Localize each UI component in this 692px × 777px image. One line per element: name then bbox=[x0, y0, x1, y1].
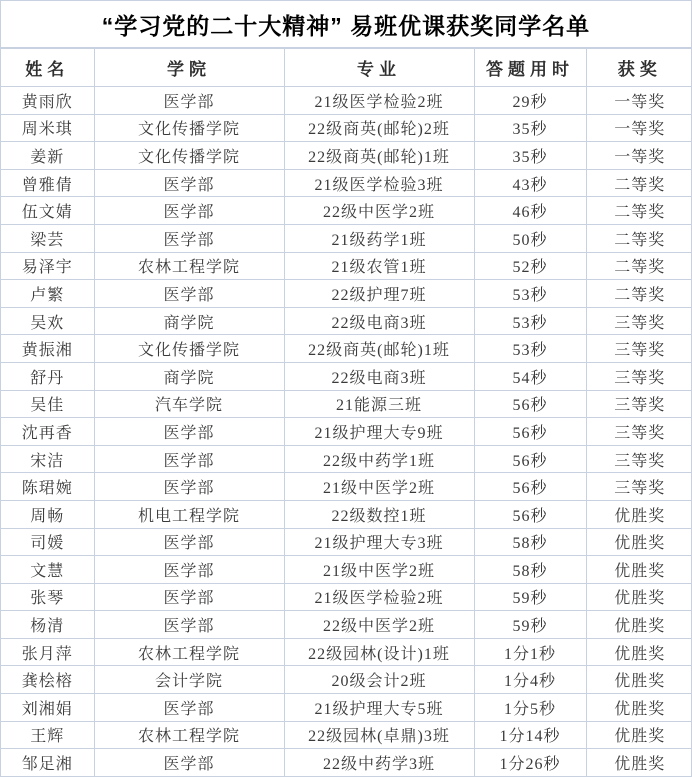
cell-time: 53秒 bbox=[474, 307, 586, 335]
cell-major: 21级医学检验2班 bbox=[284, 87, 474, 115]
cell-award: 优胜奖 bbox=[586, 638, 692, 666]
cell-time: 50秒 bbox=[474, 224, 586, 252]
cell-name: 吴欢 bbox=[1, 307, 94, 335]
header-cell-name: 姓名 bbox=[1, 49, 94, 87]
cell-name: 卢繁 bbox=[1, 280, 94, 308]
cell-time: 56秒 bbox=[474, 418, 586, 446]
cell-award: 优胜奖 bbox=[586, 611, 692, 639]
cell-college: 医学部 bbox=[94, 473, 284, 501]
table-row: 周畅机电工程学院22级数控1班56秒优胜奖 bbox=[1, 500, 692, 528]
table-row: 周米琪文化传播学院22级商英(邮轮)2班35秒一等奖 bbox=[1, 114, 692, 142]
cell-time: 53秒 bbox=[474, 335, 586, 363]
cell-time: 52秒 bbox=[474, 252, 586, 280]
cell-name: 沈再香 bbox=[1, 418, 94, 446]
cell-time: 29秒 bbox=[474, 87, 586, 115]
cell-name: 周米琪 bbox=[1, 114, 94, 142]
cell-name: 张琴 bbox=[1, 583, 94, 611]
cell-name: 曾雅倩 bbox=[1, 169, 94, 197]
cell-name: 陈珺婉 bbox=[1, 473, 94, 501]
cell-time: 59秒 bbox=[474, 583, 586, 611]
cell-major: 22级商英(邮轮)1班 bbox=[284, 142, 474, 170]
cell-college: 医学部 bbox=[94, 418, 284, 446]
cell-major: 22级园林(卓鼎)3班 bbox=[284, 721, 474, 749]
table-row: 易泽宇农林工程学院21级农管1班52秒二等奖 bbox=[1, 252, 692, 280]
cell-major: 22级电商3班 bbox=[284, 362, 474, 390]
table-row: 杨清医学部22级中医学2班59秒优胜奖 bbox=[1, 611, 692, 639]
cell-name: 黄雨欣 bbox=[1, 87, 94, 115]
cell-award: 一等奖 bbox=[586, 87, 692, 115]
cell-major: 21级护理大专9班 bbox=[284, 418, 474, 446]
cell-award: 优胜奖 bbox=[586, 528, 692, 556]
cell-time: 1分4秒 bbox=[474, 666, 586, 694]
table-row: 邹足湘医学部22级中药学3班1分26秒优胜奖 bbox=[1, 749, 692, 776]
cell-award: 优胜奖 bbox=[586, 556, 692, 584]
cell-time: 56秒 bbox=[474, 390, 586, 418]
cell-time: 1分26秒 bbox=[474, 749, 586, 776]
header-cell-award: 获奖 bbox=[586, 49, 692, 87]
award-list-sheet: “学习党的二十大精神” 易班优课获奖同学名单 姓名 学院 专业 答题用时 获奖 … bbox=[0, 0, 692, 777]
table-row: 梁芸医学部21级药学1班50秒二等奖 bbox=[1, 224, 692, 252]
cell-major: 22级电商3班 bbox=[284, 307, 474, 335]
cell-award: 优胜奖 bbox=[586, 666, 692, 694]
cell-college: 商学院 bbox=[94, 362, 284, 390]
cell-award: 一等奖 bbox=[586, 142, 692, 170]
cell-college: 文化传播学院 bbox=[94, 335, 284, 363]
table-body: 黄雨欣医学部21级医学检验2班29秒一等奖周米琪文化传播学院22级商英(邮轮)2… bbox=[1, 87, 692, 777]
cell-name: 吴佳 bbox=[1, 390, 94, 418]
cell-major: 22级中医学2班 bbox=[284, 611, 474, 639]
title-bar: “学习党的二十大精神” 易班优课获奖同学名单 bbox=[1, 1, 691, 48]
table-row: 伍文婧医学部22级中医学2班46秒二等奖 bbox=[1, 197, 692, 225]
table-row: 吴佳汽车学院21能源三班56秒三等奖 bbox=[1, 390, 692, 418]
cell-college: 医学部 bbox=[94, 197, 284, 225]
cell-award: 三等奖 bbox=[586, 473, 692, 501]
cell-major: 21级农管1班 bbox=[284, 252, 474, 280]
cell-college: 医学部 bbox=[94, 583, 284, 611]
cell-time: 59秒 bbox=[474, 611, 586, 639]
cell-college: 农林工程学院 bbox=[94, 721, 284, 749]
cell-name: 黄振湘 bbox=[1, 335, 94, 363]
cell-major: 20级会计2班 bbox=[284, 666, 474, 694]
cell-time: 56秒 bbox=[474, 500, 586, 528]
table-row: 张琴医学部21级医学检验2班59秒优胜奖 bbox=[1, 583, 692, 611]
cell-college: 医学部 bbox=[94, 87, 284, 115]
table-row: 曾雅倩医学部21级医学检验3班43秒二等奖 bbox=[1, 169, 692, 197]
cell-major: 22级商英(邮轮)2班 bbox=[284, 114, 474, 142]
table-row: 姜新文化传播学院22级商英(邮轮)1班35秒一等奖 bbox=[1, 142, 692, 170]
table-row: 宋洁医学部22级中药学1班56秒三等奖 bbox=[1, 445, 692, 473]
cell-major: 21级护理大专5班 bbox=[284, 694, 474, 722]
header-cell-college: 学院 bbox=[94, 49, 284, 87]
cell-award: 优胜奖 bbox=[586, 583, 692, 611]
cell-award: 三等奖 bbox=[586, 390, 692, 418]
cell-name: 姜新 bbox=[1, 142, 94, 170]
cell-award: 三等奖 bbox=[586, 445, 692, 473]
table-row: 司媛医学部21级护理大专3班58秒优胜奖 bbox=[1, 528, 692, 556]
table-row: 王辉农林工程学院22级园林(卓鼎)3班1分14秒优胜奖 bbox=[1, 721, 692, 749]
cell-award: 三等奖 bbox=[586, 418, 692, 446]
cell-award: 二等奖 bbox=[586, 197, 692, 225]
header-row: 姓名 学院 专业 答题用时 获奖 bbox=[1, 49, 692, 87]
cell-award: 二等奖 bbox=[586, 280, 692, 308]
cell-major: 21能源三班 bbox=[284, 390, 474, 418]
cell-major: 22级商英(邮轮)1班 bbox=[284, 335, 474, 363]
cell-major: 21级药学1班 bbox=[284, 224, 474, 252]
cell-major: 21级中医学2班 bbox=[284, 473, 474, 501]
cell-name: 文慧 bbox=[1, 556, 94, 584]
table-row: 卢繁医学部22级护理7班53秒二等奖 bbox=[1, 280, 692, 308]
cell-college: 医学部 bbox=[94, 694, 284, 722]
cell-award: 二等奖 bbox=[586, 252, 692, 280]
cell-name: 邹足湘 bbox=[1, 749, 94, 776]
cell-award: 优胜奖 bbox=[586, 694, 692, 722]
page-title: “学习党的二十大精神” 易班优课获奖同学名单 bbox=[102, 8, 590, 41]
cell-award: 三等奖 bbox=[586, 362, 692, 390]
cell-award: 优胜奖 bbox=[586, 721, 692, 749]
cell-time: 56秒 bbox=[474, 473, 586, 501]
cell-major: 22级中药学1班 bbox=[284, 445, 474, 473]
cell-time: 46秒 bbox=[474, 197, 586, 225]
cell-name: 刘湘娟 bbox=[1, 694, 94, 722]
table-row: 刘湘娟医学部21级护理大专5班1分5秒优胜奖 bbox=[1, 694, 692, 722]
cell-name: 周畅 bbox=[1, 500, 94, 528]
cell-college: 医学部 bbox=[94, 749, 284, 776]
table-row: 吴欢商学院22级电商3班53秒三等奖 bbox=[1, 307, 692, 335]
cell-college: 会计学院 bbox=[94, 666, 284, 694]
cell-time: 1分1秒 bbox=[474, 638, 586, 666]
cell-name: 张月萍 bbox=[1, 638, 94, 666]
cell-college: 医学部 bbox=[94, 445, 284, 473]
cell-college: 商学院 bbox=[94, 307, 284, 335]
table-row: 龚桧榕会计学院20级会计2班1分4秒优胜奖 bbox=[1, 666, 692, 694]
cell-name: 舒丹 bbox=[1, 362, 94, 390]
cell-college: 机电工程学院 bbox=[94, 500, 284, 528]
cell-name: 宋洁 bbox=[1, 445, 94, 473]
cell-college: 医学部 bbox=[94, 169, 284, 197]
cell-award: 二等奖 bbox=[586, 169, 692, 197]
cell-college: 文化传播学院 bbox=[94, 114, 284, 142]
cell-major: 22级中药学3班 bbox=[284, 749, 474, 776]
cell-college: 农林工程学院 bbox=[94, 252, 284, 280]
cell-major: 21级护理大专3班 bbox=[284, 528, 474, 556]
cell-time: 58秒 bbox=[474, 556, 586, 584]
cell-time: 35秒 bbox=[474, 142, 586, 170]
cell-major: 21级医学检验3班 bbox=[284, 169, 474, 197]
cell-time: 1分14秒 bbox=[474, 721, 586, 749]
cell-time: 1分5秒 bbox=[474, 694, 586, 722]
cell-name: 易泽宇 bbox=[1, 252, 94, 280]
cell-major: 22级数控1班 bbox=[284, 500, 474, 528]
table-row: 张月萍农林工程学院22级园林(设计)1班1分1秒优胜奖 bbox=[1, 638, 692, 666]
cell-time: 56秒 bbox=[474, 445, 586, 473]
cell-college: 医学部 bbox=[94, 528, 284, 556]
header-cell-time: 答题用时 bbox=[474, 49, 586, 87]
cell-time: 54秒 bbox=[474, 362, 586, 390]
cell-major: 21级中医学2班 bbox=[284, 556, 474, 584]
cell-award: 三等奖 bbox=[586, 307, 692, 335]
cell-college: 医学部 bbox=[94, 280, 284, 308]
cell-award: 一等奖 bbox=[586, 114, 692, 142]
cell-award: 二等奖 bbox=[586, 224, 692, 252]
cell-college: 医学部 bbox=[94, 611, 284, 639]
cell-award: 优胜奖 bbox=[586, 749, 692, 776]
table-row: 文慧医学部21级中医学2班58秒优胜奖 bbox=[1, 556, 692, 584]
cell-name: 龚桧榕 bbox=[1, 666, 94, 694]
cell-award: 优胜奖 bbox=[586, 500, 692, 528]
cell-time: 53秒 bbox=[474, 280, 586, 308]
cell-major: 22级护理7班 bbox=[284, 280, 474, 308]
cell-college: 医学部 bbox=[94, 556, 284, 584]
cell-college: 农林工程学院 bbox=[94, 638, 284, 666]
cell-time: 43秒 bbox=[474, 169, 586, 197]
cell-time: 58秒 bbox=[474, 528, 586, 556]
header-cell-major: 专业 bbox=[284, 49, 474, 87]
table-row: 陈珺婉医学部21级中医学2班56秒三等奖 bbox=[1, 473, 692, 501]
table-row: 舒丹商学院22级电商3班54秒三等奖 bbox=[1, 362, 692, 390]
cell-name: 梁芸 bbox=[1, 224, 94, 252]
table-row: 沈再香医学部21级护理大专9班56秒三等奖 bbox=[1, 418, 692, 446]
cell-college: 医学部 bbox=[94, 224, 284, 252]
table-row: 黄雨欣医学部21级医学检验2班29秒一等奖 bbox=[1, 87, 692, 115]
award-table: 姓名 学院 专业 答题用时 获奖 黄雨欣医学部21级医学检验2班29秒一等奖周米… bbox=[1, 48, 692, 776]
cell-major: 22级园林(设计)1班 bbox=[284, 638, 474, 666]
cell-college: 文化传播学院 bbox=[94, 142, 284, 170]
cell-name: 杨清 bbox=[1, 611, 94, 639]
cell-name: 伍文婧 bbox=[1, 197, 94, 225]
cell-college: 汽车学院 bbox=[94, 390, 284, 418]
table-header: 姓名 学院 专业 答题用时 获奖 bbox=[1, 49, 692, 87]
cell-award: 三等奖 bbox=[586, 335, 692, 363]
cell-major: 21级医学检验2班 bbox=[284, 583, 474, 611]
cell-name: 王辉 bbox=[1, 721, 94, 749]
cell-time: 35秒 bbox=[474, 114, 586, 142]
table-row: 黄振湘文化传播学院22级商英(邮轮)1班53秒三等奖 bbox=[1, 335, 692, 363]
cell-name: 司媛 bbox=[1, 528, 94, 556]
cell-major: 22级中医学2班 bbox=[284, 197, 474, 225]
